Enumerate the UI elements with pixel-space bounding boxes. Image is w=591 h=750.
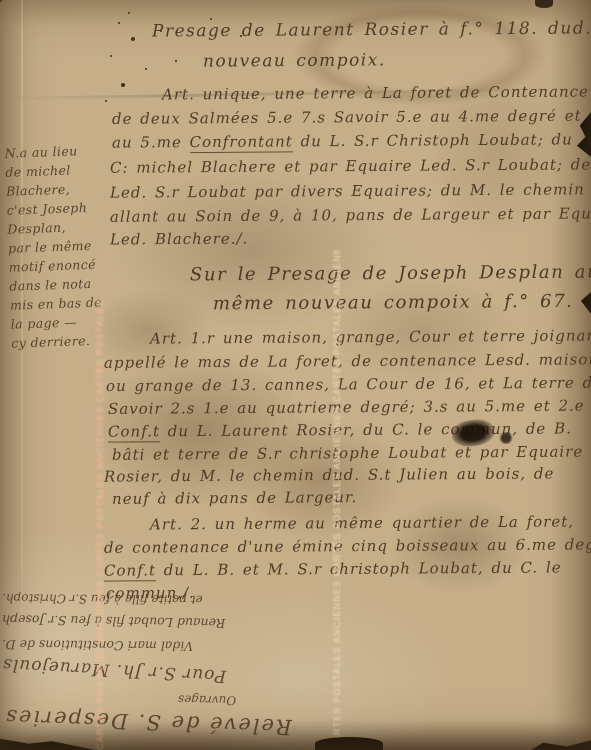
art1-line8: neuf à dix pans de Largeur. [112, 488, 357, 508]
inverted-note-line5: Ouvrages [178, 692, 236, 707]
art2-line3: Conf.t du L. B. et M. S.r christoph Loub… [104, 558, 562, 579]
page-title-line2: nouveau compoix. [203, 50, 386, 71]
art1-line1: Art. 1.r une maison, grange, Cour et ter… [150, 326, 591, 347]
section2-title-line1: Sur le Presage de Joseph Desplan au [190, 262, 591, 286]
art1-line3: ou grange de 13. cannes, La Cour de 16, … [106, 373, 591, 395]
art-unique-line5: Led. S.r Loubat par divers Equaires; du … [110, 180, 585, 201]
margin-note-line: motif enoncé [8, 254, 109, 276]
art1-line5-underlined: Conf.t [108, 422, 160, 442]
section2-title-line2: même nouveau compoix à f.° 67. v.° [213, 291, 591, 315]
art-unique-line3: au 5.me Confrontant du L. S.r Christoph … [112, 130, 573, 151]
art-unique-line1: Art. unique, une terre à La foret de Con… [162, 83, 589, 104]
art1-line6: bâti et terre de S.r christophe Loubat e… [112, 442, 591, 464]
art1-line2: appellé le mas de La foret, de contenanc… [104, 350, 591, 372]
art-unique-line3-pre: au 5.me [112, 133, 190, 152]
dark-mark-top-edge [535, 0, 553, 8]
art1-line4: Savoir 2.s 1.e au quatrieme degré; 3.s a… [108, 396, 591, 418]
margin-note-line: mis en bas de [10, 292, 111, 314]
ink-speckles [0, 0, 2, 2]
art2-line1: Art. 2. un herme au même quartier de La … [150, 513, 574, 534]
art-unique-line3-post: du L. S.r Christoph Loubat; du [293, 130, 573, 150]
inverted-note-line4: Pour S.r Jh. Maruejouls [2, 654, 227, 686]
art1-line7: Rosier, du M. le chemin dud. S.t Julien … [104, 464, 554, 485]
inverted-note-line3: Vidal mari Constitutions de D. [2, 637, 193, 654]
margin-note-line: cy derriere. [11, 330, 112, 352]
inverted-note-line1: et petite fille à feu S.r Christoph. [2, 591, 203, 607]
art2-line3-underlined: Conf.t [104, 561, 156, 581]
art-unique-line6: allant au Soin de 9, à 10, pans de Large… [110, 204, 591, 226]
art-unique-line7: Led. Blachere./. [110, 230, 248, 249]
page-title-line1: Presage de Laurent Rosier à f.° 118. dud… [152, 18, 591, 41]
dark-blob-bottom-center [315, 737, 383, 750]
dark-corner-bottom-left [0, 734, 95, 750]
inverted-note-line6: Relevé de S. Desperies [4, 705, 292, 739]
inverted-note-line2: Renaud Loubat fils à feu S.r Joseph [2, 612, 226, 631]
art-unique-line4: C: michel Blachere et par Equaire Led. S… [110, 155, 591, 177]
ink-blot-small [498, 432, 514, 444]
art-unique-line2: de deux Salmées 5.e 7.s Savoir 5.e au 4.… [112, 106, 591, 128]
margin-note: N.a au lieu de michel Blachere, c'est Jo… [4, 140, 111, 352]
art-unique-line3-underlined: Confrontant [190, 132, 293, 153]
art2-line3-post: du L. B. et M. S.r christoph Loubat, du … [156, 558, 562, 579]
manuscript-page: Presage de Laurent Rosier à f.° 118. dud… [0, 0, 591, 750]
art2-line2: de contenance d'une émine cinq boisseaux… [104, 535, 591, 557]
dark-corner-bottom-right [531, 738, 591, 750]
